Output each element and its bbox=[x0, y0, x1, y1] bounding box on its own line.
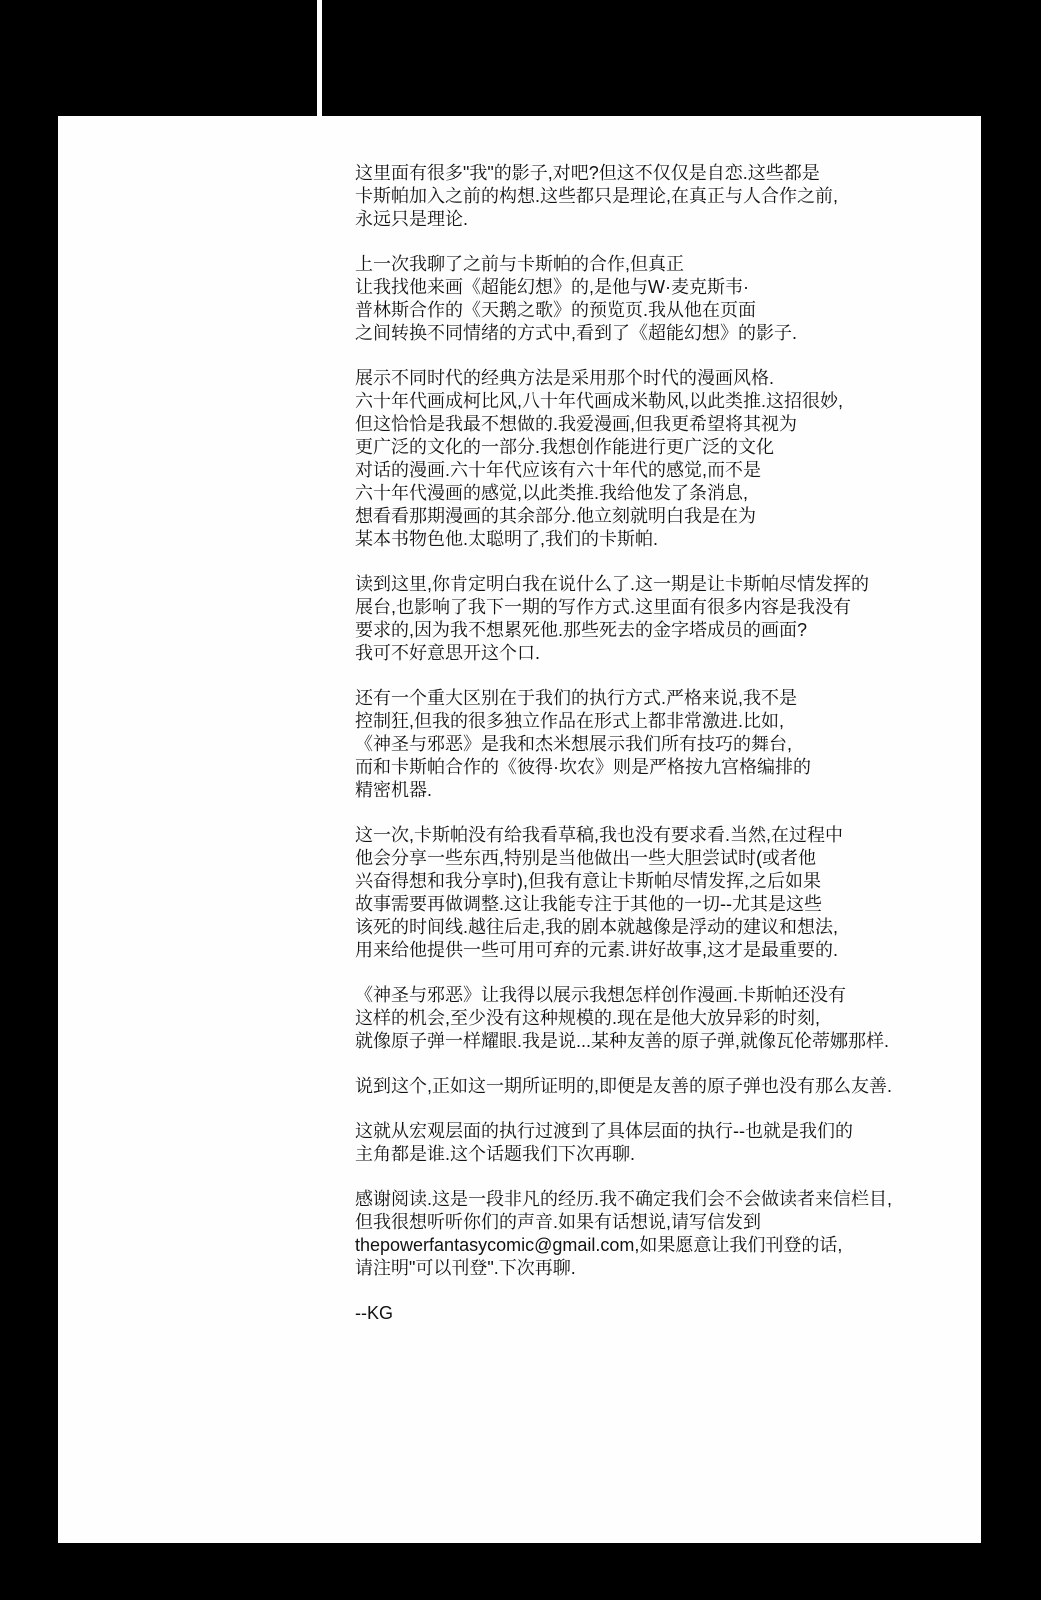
letter-text-column: 这里面有很多"我"的影子,对吧?但这不仅仅是自恋.这些都是 卡斯帕加入之前的构想… bbox=[355, 162, 955, 1325]
paragraph-5: 还有一个重大区别在于我们的执行方式.严格来说,我不是 控制狂,但我的很多独立作品… bbox=[355, 687, 955, 802]
paragraph-7: 《神圣与邪恶》让我得以展示我想怎样创作漫画.卡斯帕还没有 这样的机会,至少没有这… bbox=[355, 984, 955, 1053]
signature: --KG bbox=[355, 1302, 955, 1325]
paragraph-6: 这一次,卡斯帕没有给我看草稿,我也没有要求看.当然,在过程中 他会分享一些东西,… bbox=[355, 824, 955, 962]
paragraph-4: 读到这里,你肯定明白我在说什么了.这一期是让卡斯帕尽情发挥的 展台,也影响了我下… bbox=[355, 573, 955, 665]
column-divider-line bbox=[317, 0, 322, 117]
paragraph-8: 说到这个,正如这一期所证明的,即便是友善的原子弹也没有那么友善. bbox=[355, 1075, 955, 1098]
paragraph-3: 展示不同时代的经典方法是采用那个时代的漫画风格. 六十年代画成柯比风,八十年代画… bbox=[355, 367, 955, 551]
paragraph-9: 这就从宏观层面的执行过渡到了具体层面的执行--也就是我们的 主角都是谁.这个话题… bbox=[355, 1120, 955, 1166]
paragraph-2: 上一次我聊了之前与卡斯帕的合作,但真正 让我找他来画《超能幻想》的,是他与W·麦… bbox=[355, 253, 955, 345]
letter-page: 这里面有很多"我"的影子,对吧?但这不仅仅是自恋.这些都是 卡斯帕加入之前的构想… bbox=[58, 116, 981, 1543]
paragraph-1: 这里面有很多"我"的影子,对吧?但这不仅仅是自恋.这些都是 卡斯帕加入之前的构想… bbox=[355, 162, 955, 231]
paragraph-10: 感谢阅读.这是一段非凡的经历.我不确定我们会不会做读者来信栏目, 但我很想听听你… bbox=[355, 1188, 955, 1280]
